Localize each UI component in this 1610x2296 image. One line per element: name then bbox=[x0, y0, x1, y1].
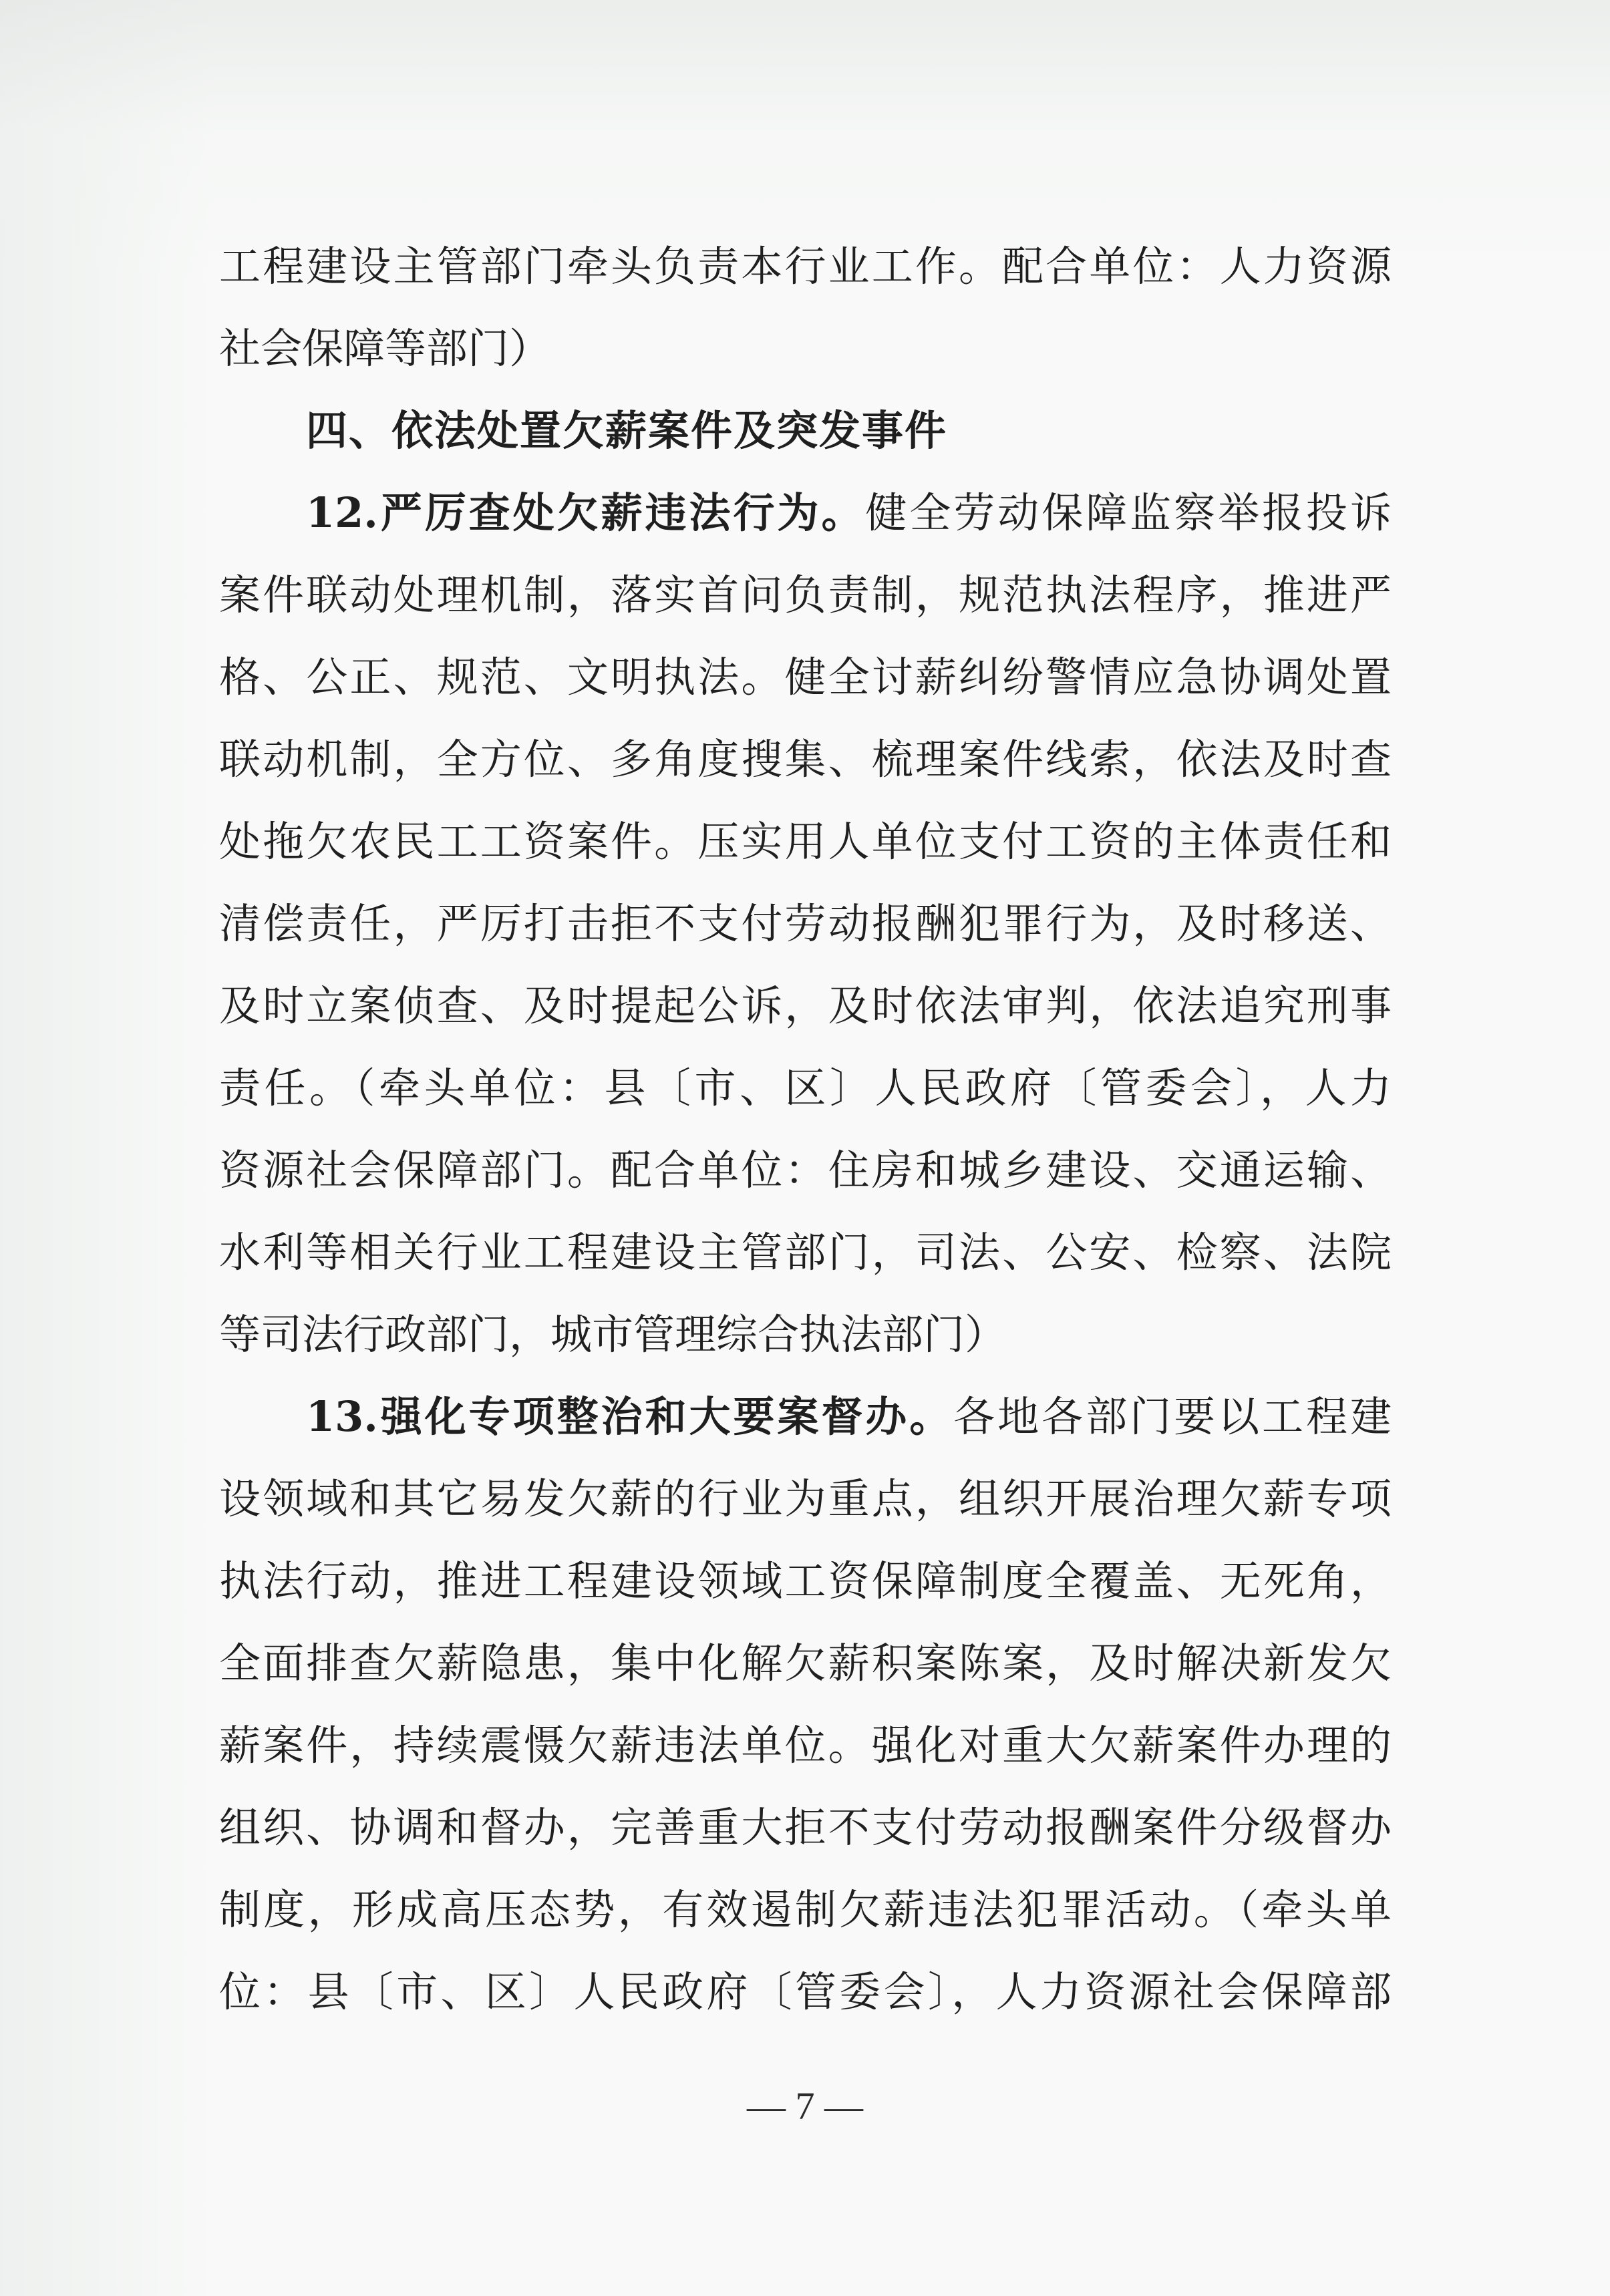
paragraph-line: 责任。（牵头单位：县〔市、区〕人民政府〔管委会〕，人力 bbox=[219, 1047, 1392, 1129]
paragraph-line: 资源社会保障部门。配合单位：住房和城乡建设、交通运输、 bbox=[219, 1129, 1392, 1211]
paragraph-line: 处拖欠农民工工资案件。压实用人单位支付工资的主体责任和 bbox=[219, 800, 1392, 882]
paragraph-line: 清偿责任，严厉打击拒不支付劳动报酬犯罪行为，及时移送、 bbox=[219, 882, 1392, 965]
item-12-first-line: 12.严厉查处欠薪违法行为。健全劳动保障监察举报投诉 bbox=[306, 472, 1392, 554]
item-12-title: 严厉查处欠薪违法行为。 bbox=[378, 488, 866, 537]
paragraph-line: 设领域和其它易发欠薪的行业为重点，组织开展治理欠薪专项 bbox=[219, 1458, 1392, 1540]
item-13-first-line: 13.强化专项整治和大要案督办。各地各部门要以工程建 bbox=[306, 1375, 1392, 1458]
section-heading: 四、依法处置欠薪案件及突发事件 bbox=[306, 389, 1392, 472]
paragraph-line: 及时立案侦查、及时提起公诉，及时依法审判，依法追究刑事 bbox=[219, 965, 1392, 1047]
document-page: 工程建设主管部门牵头负责本行业工作。配合单位：人力资源 社会保障等部门） 四、依… bbox=[0, 0, 1610, 2296]
paragraph-line: 组织、协调和督办，完善重大拒不支付劳动报酬案件分级督办 bbox=[219, 1786, 1392, 1868]
item-13-title: 强化专项整治和大要案督办。 bbox=[378, 1392, 953, 1441]
item-12-number: 12. bbox=[306, 488, 378, 537]
paragraph-line: 等司法行政部门，城市管理综合执法部门） bbox=[219, 1293, 1392, 1375]
paragraph-line: 执法行动，推进工程建设领域工资保障制度全覆盖、无死角， bbox=[219, 1540, 1392, 1622]
item-12-text: 健全劳动保障监察举报投诉 bbox=[865, 488, 1392, 537]
paragraph-line: 案件联动处理机制，落实首问负责制，规范执法程序，推进严 bbox=[219, 554, 1392, 636]
page-number: — 7 — bbox=[0, 2083, 1610, 2130]
paragraph-line: 全面排查欠薪隐患，集中化解欠薪积案陈案，及时解决新发欠 bbox=[219, 1622, 1392, 1704]
item-13-text: 各地各部门要以工程建 bbox=[953, 1392, 1392, 1441]
paragraph-line: 社会保障等部门） bbox=[219, 307, 1392, 389]
paragraph-line: 薪案件，持续震慑欠薪违法单位。强化对重大欠薪案件办理的 bbox=[219, 1704, 1392, 1786]
item-13-number: 13. bbox=[306, 1392, 378, 1441]
paragraph-line: 制度，形成高压态势，有效遏制欠薪违法犯罪活动。（牵头单 bbox=[219, 1868, 1392, 1951]
paragraph-line: 位：县〔市、区〕人民政府〔管委会〕，人力资源社会保障部 bbox=[219, 1951, 1392, 2033]
paragraph-line: 联动机制，全方位、多角度搜集、梳理案件线索，依法及时查 bbox=[219, 718, 1392, 800]
paragraph-line: 格、公正、规范、文明执法。健全讨薪纠纷警情应急协调处置 bbox=[219, 636, 1392, 718]
paragraph-line: 水利等相关行业工程建设主管部门，司法、公安、检察、法院 bbox=[219, 1211, 1392, 1293]
paragraph-line: 工程建设主管部门牵头负责本行业工作。配合单位：人力资源 bbox=[219, 225, 1392, 307]
